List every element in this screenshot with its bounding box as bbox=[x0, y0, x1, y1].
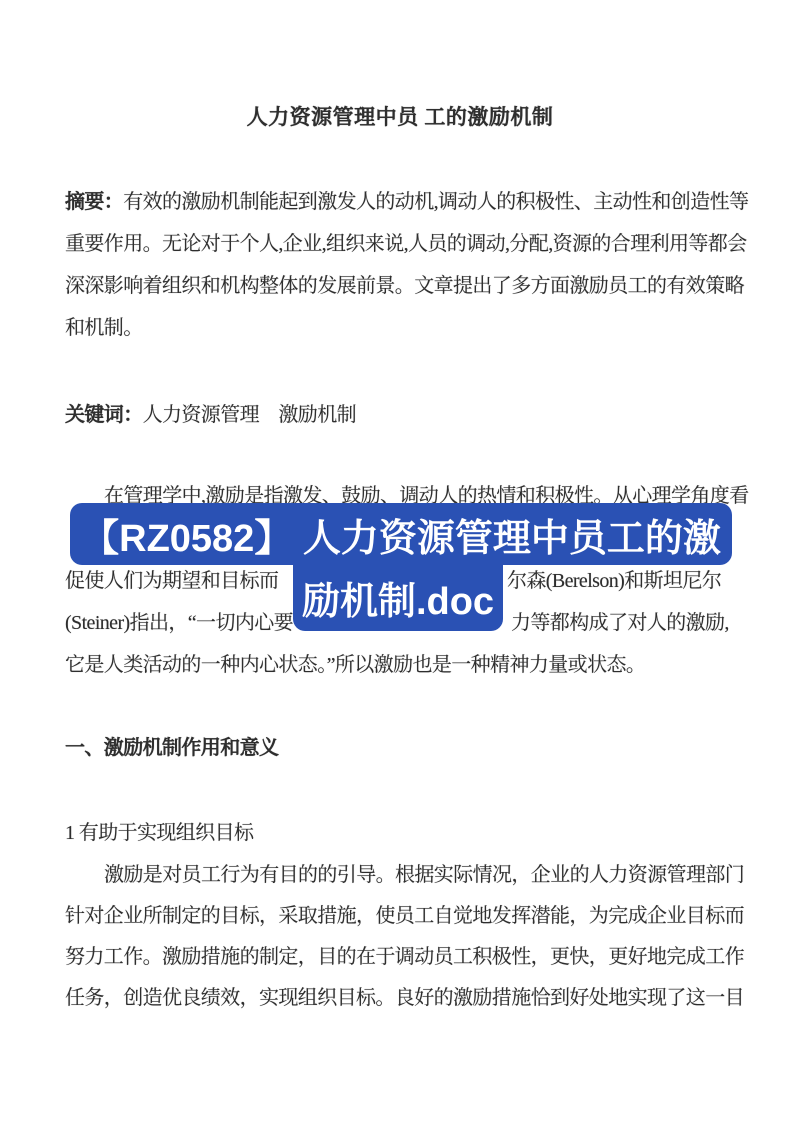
paragraph1-line-1: 在管理学中,激励是指激发、鼓励、调动人的热情和积极性。从心理学角度看 bbox=[104, 484, 749, 508]
abstract-line-1: 摘要：有效的激励机制能起到激发人的动机,调动人的积极性、主动性和创造性等 bbox=[65, 190, 748, 214]
abstract-line-2: 重要作用。无论对于个人,企业,组织来说,人员的调动,分配,资源的合理利用等都会 bbox=[65, 232, 747, 256]
document-page: 人力资源管理中员 工的激励机制 摘要：有效的激励机制能起到激发人的动机,调动人的… bbox=[0, 0, 800, 1131]
keywords-text: 人力资源管理 激励机制 bbox=[143, 404, 356, 426]
paragraph2-line-4: 任务，创造优良绩效，实现组织目标。良好的激励措施恰到好处地实现了这一目 bbox=[65, 986, 744, 1010]
paragraph1-line-5: 它是人类活动的一种内心状态。”所以激励也是一种精神力量或状态。 bbox=[65, 653, 645, 677]
paragraph2-line-3: 努力工作。激励措施的制定，目的在于调动员工积极性，更快，更好地完成工作 bbox=[65, 945, 744, 969]
paragraph2-line-1: 激励是对员工行为有目的的引导。根据实际情况，企业的人力资源管理部门 bbox=[104, 863, 744, 887]
abstract-line-4: 和机制。 bbox=[65, 316, 143, 340]
section-heading-1: 一、激励机制作用和意义 bbox=[65, 736, 278, 760]
paragraph1-line-3-left: 促使人们为期望和目标而 bbox=[65, 569, 278, 593]
abstract-text-1: 有效的激励机制能起到激发人的动机,调动人的积极性、主动性和创造性等 bbox=[123, 191, 748, 213]
paragraph1-line-4-left: (Steiner)指出，“一切内心要 bbox=[65, 611, 293, 635]
document-body: 人力资源管理中员 工的激励机制 摘要：有效的激励机制能起到激发人的动机,调动人的… bbox=[0, 0, 800, 1131]
keywords-label: 关键词： bbox=[65, 404, 143, 426]
keywords-line: 关键词：人力资源管理 激励机制 bbox=[65, 403, 356, 427]
document-title: 人力资源管理中员 工的激励机制 bbox=[0, 101, 800, 131]
paragraph1-line-3-right: 尔森(Berelson)和斯坦尼尔 bbox=[507, 569, 721, 593]
subheading-1: 1 有助于实现组织目标 bbox=[65, 821, 253, 845]
abstract-label: 摘要： bbox=[65, 191, 123, 213]
abstract-line-3: 深深影响着组织和机构整体的发展前景。文章提出了多方面激励员工的有效策略 bbox=[65, 274, 744, 298]
paragraph1-line-4-right: 力等都构成了对人的激励, bbox=[511, 611, 729, 635]
paragraph2-line-2: 针对企业所制定的目标，采取措施，使员工自觉地发挥潜能，为完成企业目标而 bbox=[65, 904, 744, 928]
